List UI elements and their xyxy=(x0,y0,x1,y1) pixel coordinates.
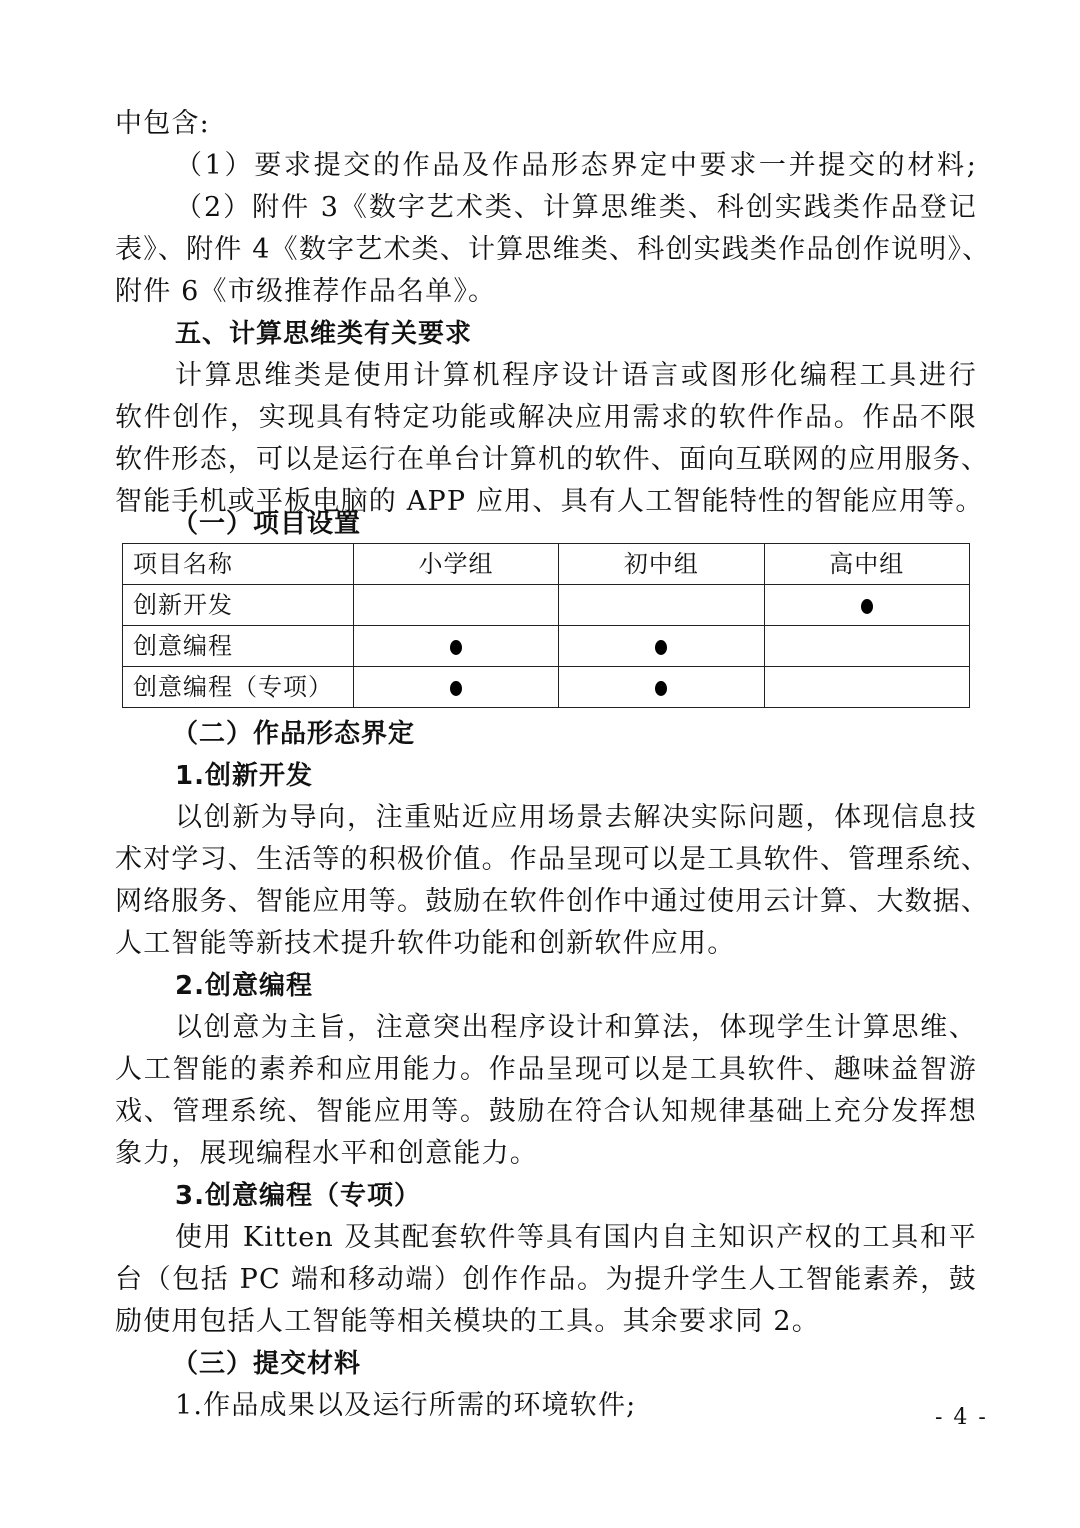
table-header-cell: 小学组 xyxy=(353,544,558,585)
bullet-dot-icon xyxy=(450,681,462,696)
table-cell xyxy=(353,585,558,626)
table-cell xyxy=(764,667,969,708)
text-line: 中包含: xyxy=(115,103,977,145)
table-cell xyxy=(559,667,764,708)
table-header-cell: 初中组 xyxy=(559,544,764,585)
bullet-dot-icon xyxy=(655,640,667,655)
bullet-dot-icon xyxy=(861,599,873,614)
table-cell xyxy=(764,585,969,626)
text-line: 人工智能等新技术提升软件功能和创新软件应用。 xyxy=(115,923,977,965)
text-line: 使用 Kitten 及其配套软件等具有国内自主知识产权的工具和平 xyxy=(175,1217,977,1259)
text-line: 计算思维类是使用计算机程序设计语言或图形化编程工具进行 xyxy=(175,355,977,397)
table-cell xyxy=(764,626,969,667)
item-title: 1.创新开发 xyxy=(175,755,1037,797)
text-line: 软件形态，可以是运行在单台计算机的软件、面向互联网的应用服务、 xyxy=(115,439,977,481)
text-line: （2）附件 3《数字艺术类、计算思维类、科创实践类作品登记 xyxy=(175,187,977,229)
subsection-heading: （二）作品形态界定 xyxy=(172,713,1034,755)
item-title: 3.创意编程（专项） xyxy=(175,1175,1037,1217)
document-page: 中包含: （1）要求提交的作品及作品形态界定中要求一并提交的材料; （2）附件 … xyxy=(0,0,1080,1528)
table-cell xyxy=(559,585,764,626)
text-line: 戏、管理系统、智能应用等。鼓励在符合认知规律基础上充分发挥想 xyxy=(115,1091,977,1133)
item-title: 2.创意编程 xyxy=(175,965,1037,1007)
table-header-row: 项目名称 小学组 初中组 高中组 xyxy=(123,544,970,585)
bullet-dot-icon xyxy=(655,681,667,696)
text-line: 台（包括 PC 端和移动端）创作作品。为提升学生人工智能素养，鼓 xyxy=(115,1259,977,1301)
table-cell-name: 创意编程（专项） xyxy=(123,667,354,708)
text-line: 人工智能的素养和应用能力。作品呈现可以是工具软件、趣味益智游 xyxy=(115,1049,977,1091)
subsection-heading: （三）提交材料 xyxy=(172,1343,1034,1385)
text-line: 网络服务、智能应用等。鼓励在软件创作中通过使用云计算、大数据、 xyxy=(115,881,977,923)
project-settings-table: 项目名称 小学组 初中组 高中组 创新开发 创意编程 创意编程（专项） xyxy=(122,543,970,708)
table-row: 创意编程（专项） xyxy=(123,667,970,708)
subsection-heading: （一）项目设置 xyxy=(172,503,1034,545)
text-line: 以创意为主旨，注意突出程序设计和算法，体现学生计算思维、 xyxy=(175,1007,977,1049)
page-number: - 4 - xyxy=(935,1403,988,1433)
bullet-dot-icon xyxy=(450,640,462,655)
table-cell xyxy=(559,626,764,667)
table-header-cell: 项目名称 xyxy=(123,544,354,585)
text-line: 附件 6《市级推荐作品名单》。 xyxy=(115,271,977,313)
table-row: 创新开发 xyxy=(123,585,970,626)
text-line: （1）要求提交的作品及作品形态界定中要求一并提交的材料; xyxy=(175,145,977,187)
text-line: 表》、附件 4《数字艺术类、计算思维类、科创实践类作品创作说明》、 xyxy=(115,229,977,271)
text-line: 术对学习、生活等的积极价值。作品呈现可以是工具软件、管理系统、 xyxy=(115,839,977,881)
table-cell-name: 创意编程 xyxy=(123,626,354,667)
text-line: 象力，展现编程水平和创意能力。 xyxy=(115,1133,977,1175)
text-line: 励使用包括人工智能等相关模块的工具。其余要求同 2。 xyxy=(115,1301,977,1343)
text-line: 以创新为导向，注重贴近应用场景去解决实际问题，体现信息技 xyxy=(175,797,977,839)
section-heading: 五、计算思维类有关要求 xyxy=(175,313,1037,355)
table-header-cell: 高中组 xyxy=(764,544,969,585)
text-line: 软件创作，实现具有特定功能或解决应用需求的软件作品。作品不限 xyxy=(115,397,977,439)
table-cell xyxy=(353,667,558,708)
table-cell xyxy=(353,626,558,667)
table-row: 创意编程 xyxy=(123,626,970,667)
table-cell-name: 创新开发 xyxy=(123,585,354,626)
text-line: 1.作品成果以及运行所需的环境软件; xyxy=(175,1385,977,1427)
